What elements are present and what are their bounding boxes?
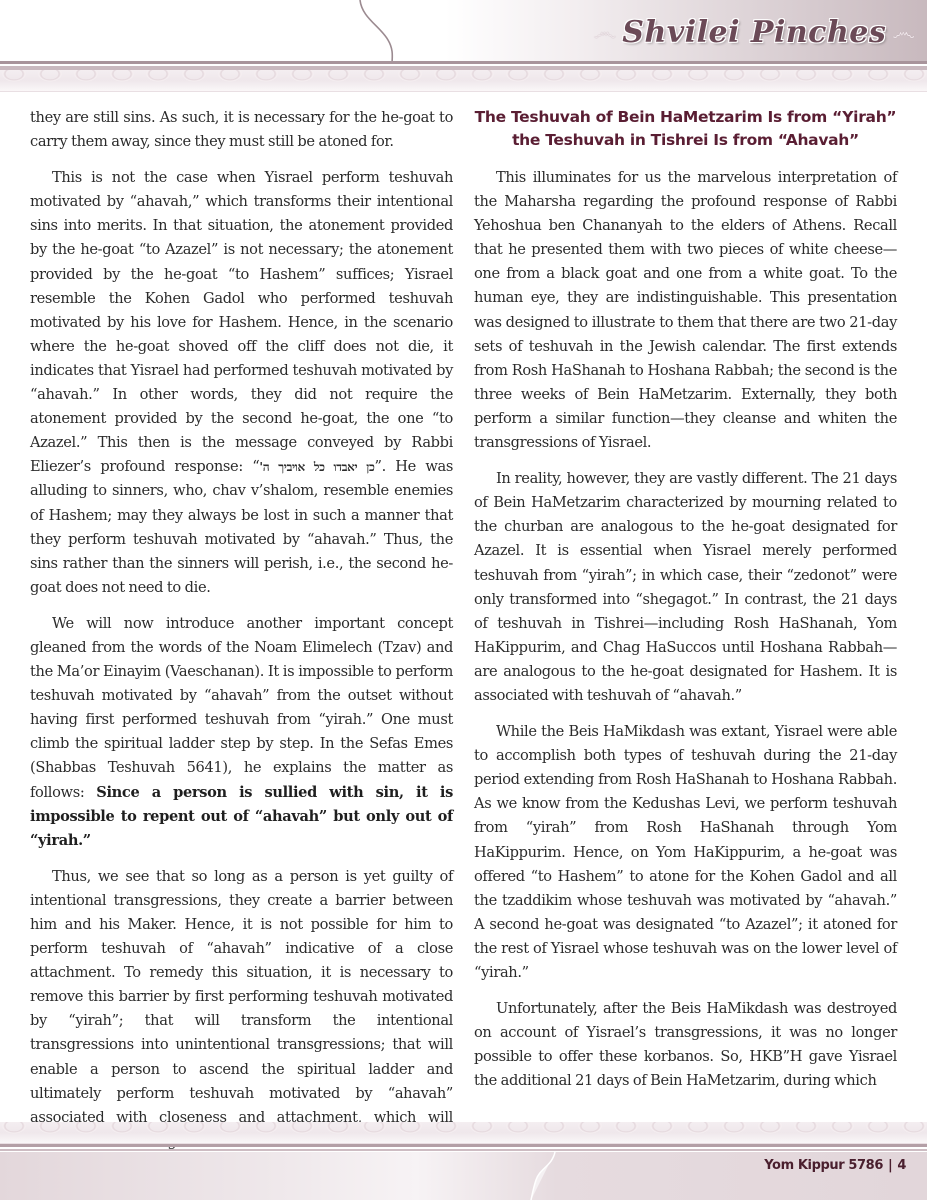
hebrew-quote: כן יאבדו כל אויביך ה': [259, 460, 374, 474]
header-rule: [0, 61, 927, 64]
swirl-ornament-right-icon: ෴: [892, 18, 915, 46]
header-ornamental-border: [0, 70, 927, 92]
paragraph: Thus, we see that so long as a person is…: [30, 865, 453, 1154]
section-heading-line-2: the Teshuvah in Tishrei Is from “Ahavah”: [474, 129, 897, 152]
issue-name: Yom Kippur 5786: [764, 1158, 883, 1173]
footer-curve-decoration: [510, 1152, 560, 1200]
footer-rule: [0, 1144, 927, 1147]
paragraph: In reality, however, they are vastly dif…: [474, 467, 897, 708]
paragraph: they are still sins. As such, it is nece…: [30, 106, 453, 154]
paragraph-text: they are still sins. As such, it is nece…: [30, 109, 453, 150]
publication-title: Shvilei Pinches: [622, 15, 886, 50]
page-number: 4: [897, 1158, 906, 1173]
header-curve-decoration: [340, 0, 430, 64]
paragraph-text: This is not the case when Yisrael perfor…: [30, 169, 453, 475]
footer-issue-page: Yom Kippur 5786|4: [764, 1158, 906, 1173]
right-column: The Teshuvah of Bein HaMetzarim Is from …: [474, 106, 897, 1105]
paragraph-text: We will now introduce another important …: [30, 615, 453, 801]
swirl-ornament-left-icon: ෴: [594, 18, 617, 46]
paragraph-text: In reality, however, they are vastly dif…: [474, 470, 897, 704]
left-column: they are still sins. As such, it is nece…: [30, 106, 453, 1166]
masthead: ෴ Shvilei Pinches ෴: [594, 10, 915, 54]
paragraph: This illuminates for us the marvelous in…: [474, 166, 897, 455]
section-heading: The Teshuvah of Bein HaMetzarim Is from …: [474, 106, 897, 152]
paragraph-text: While the Beis HaMikdash was extant, Yis…: [474, 723, 897, 981]
paragraph: This is not the case when Yisrael perfor…: [30, 166, 453, 600]
paragraph-text: This illuminates for us the marvelous in…: [474, 169, 897, 451]
paragraph: Unfortunately, after the Beis HaMikdash …: [474, 997, 897, 1093]
paragraph: We will now introduce another important …: [30, 612, 453, 853]
section-heading-line-1: The Teshuvah of Bein HaMetzarim Is from …: [474, 106, 897, 129]
page-footer: Yom Kippur 5786|4: [0, 1144, 927, 1200]
page-header: ෴ Shvilei Pinches ෴: [0, 0, 927, 100]
paragraph-text: Unfortunately, after the Beis HaMikdash …: [474, 1000, 897, 1089]
paragraph-text: Thus, we see that so long as a person is…: [30, 868, 453, 1150]
paragraph: While the Beis HaMikdash was extant, Yis…: [474, 720, 897, 985]
footer-separator: |: [888, 1158, 892, 1173]
paragraph-text: ”. He was alluding to sinners, who, chav…: [30, 458, 453, 595]
footer-rule-secondary: [0, 1149, 927, 1151]
footer-ornamental-border: [0, 1122, 927, 1144]
